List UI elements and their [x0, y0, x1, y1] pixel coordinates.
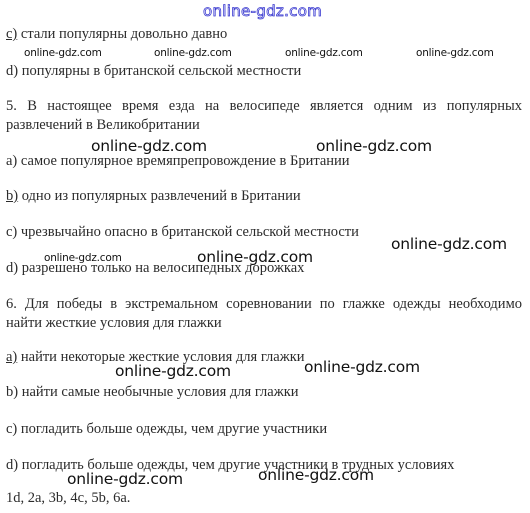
watermark-top: online-gdz.com — [203, 2, 322, 20]
option-letter: d) — [6, 457, 18, 473]
option-text: чрезвычайно опасно в британской сельской… — [17, 224, 359, 240]
q6-option-b: b) найти самые необычные условия для гла… — [6, 384, 299, 401]
option-letter: a) — [6, 349, 17, 365]
answer-key: 1d, 2a, 3b, 4c, 5b, 6a. — [6, 490, 130, 507]
option-text: одно из популярных развлечений в Британи… — [18, 188, 301, 204]
option-letter: d) — [6, 260, 18, 276]
option-letter: b) — [6, 188, 18, 204]
option-letter: c) — [6, 26, 17, 42]
q5-option-c: c) чрезвычайно опасно в британской сельс… — [6, 224, 359, 241]
option-text: найти самые необычные условия для глажки — [18, 384, 298, 400]
q6-option-c: c) погладить больше одежды, чем другие у… — [6, 421, 327, 438]
option-text: разрешено только на велосипедных дорожка… — [18, 260, 304, 276]
watermark: online-gdz.com — [115, 362, 231, 380]
q5-prompt: 5. В настоящее время езда на велосипеде … — [6, 97, 522, 135]
watermark: online-gdz.com — [154, 47, 232, 59]
option-text: популярны в британской сельской местност… — [18, 63, 301, 79]
watermark: online-gdz.com — [258, 466, 374, 484]
watermark: online-gdz.com — [67, 470, 183, 488]
watermark: online-gdz.com — [304, 358, 420, 376]
q5-option-b: b) одно из популярных развлечений в Брит… — [6, 188, 301, 205]
watermark: online-gdz.com — [391, 235, 507, 253]
option-letter: d) — [6, 63, 18, 79]
watermark: online-gdz.com — [416, 47, 494, 59]
option-text: самое популярное времяпрепровождение в Б… — [17, 153, 349, 169]
watermark: online-gdz.com — [285, 47, 363, 59]
option-text: погладить больше одежды, чем другие учас… — [17, 421, 327, 437]
watermark: online-gdz.com — [24, 47, 102, 59]
q4-option-d: d) популярны в британской сельской местн… — [6, 63, 301, 80]
option-letter: b) — [6, 384, 18, 400]
option-text: стали популярны довольно давно — [17, 26, 227, 42]
option-letter: c) — [6, 421, 17, 437]
q4-option-c: c) стали популярны довольно давно — [6, 26, 227, 43]
q5-option-a: a) самое популярное времяпрепровождение … — [6, 153, 350, 170]
option-letter: a) — [6, 153, 17, 169]
q5-option-d: d) разрешено только на велосипедных доро… — [6, 260, 304, 277]
option-letter: c) — [6, 224, 17, 240]
q6-prompt: 6. Для победы в экстремальном соревнован… — [6, 295, 522, 333]
